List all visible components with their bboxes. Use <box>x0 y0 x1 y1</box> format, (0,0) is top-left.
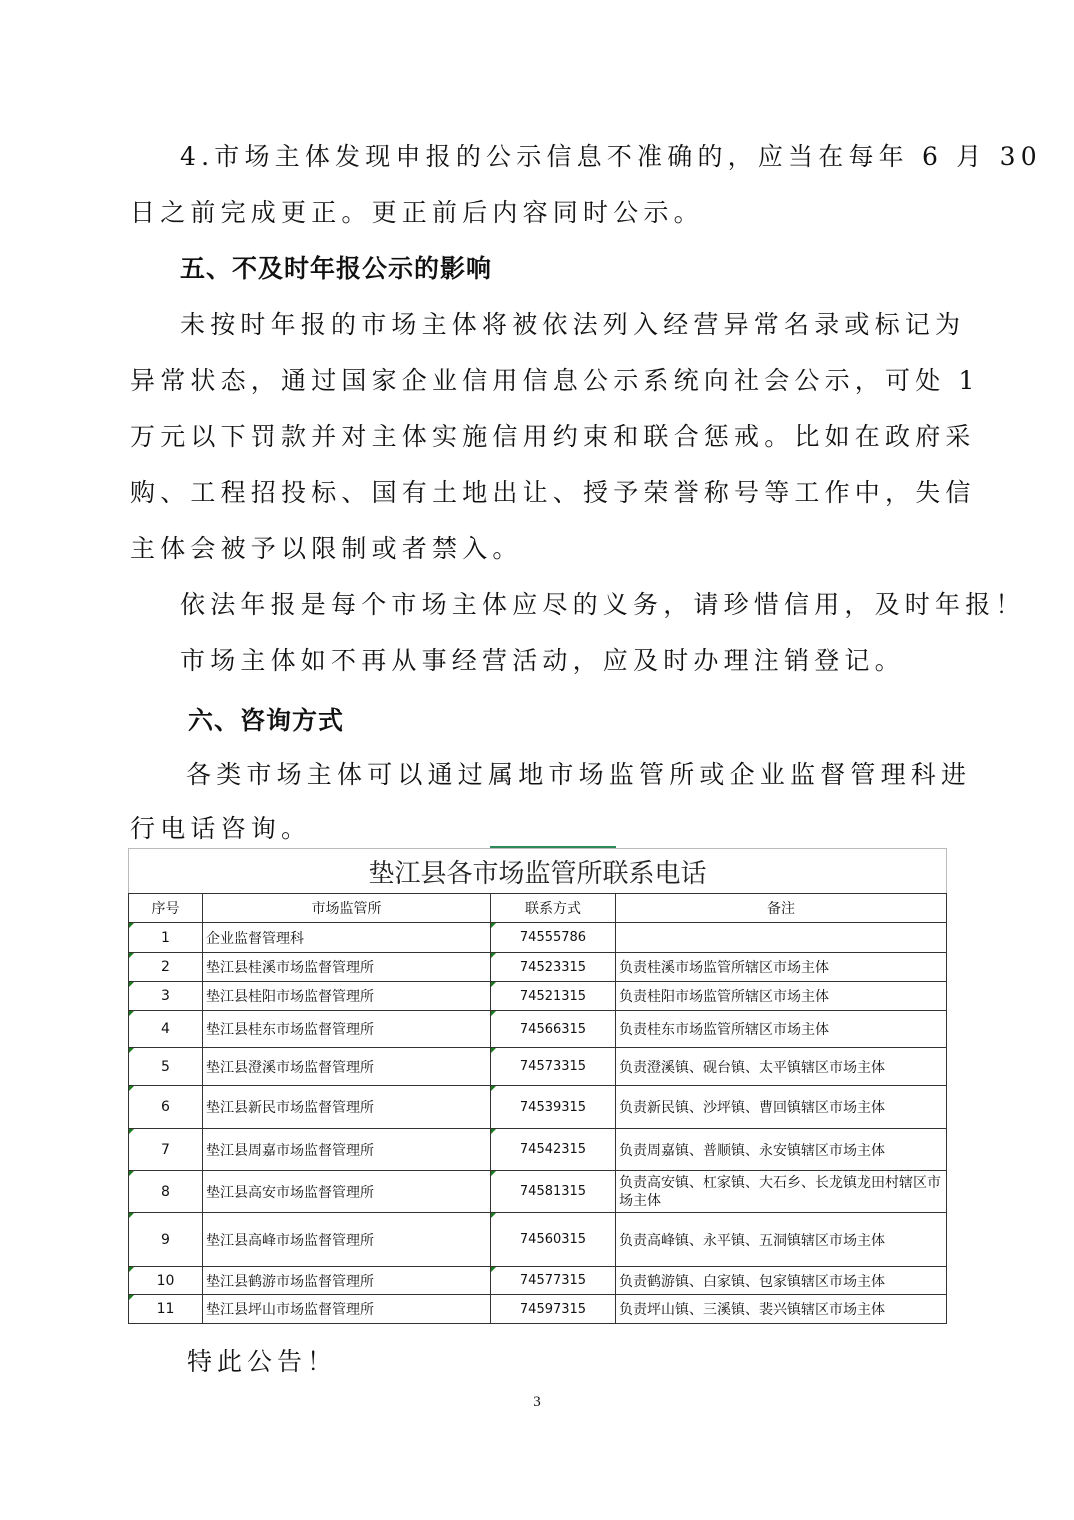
cell-office: 垫江县桂阳市场监督管理所 <box>203 982 491 1011</box>
paragraph-line: 行电话咨询。 <box>130 812 948 846</box>
paragraph-line: 主体会被予以限制或者禁入。 <box>130 532 948 566</box>
cell-note: 负责澄溪镇、砚台镇、太平镇辖区市场主体 <box>616 1048 947 1086</box>
header-cell-phone: 联系方式 <box>491 894 616 923</box>
cell-no: 7 <box>129 1129 203 1171</box>
cell-no: 11 <box>129 1295 203 1324</box>
cell-office: 垫江县桂东市场监督管理所 <box>203 1011 491 1048</box>
cell-note: 负责新民镇、沙坪镇、曹回镇辖区市场主体 <box>616 1086 947 1129</box>
paragraph-line: 日之前完成更正。更正前后内容同时公示。 <box>130 196 948 230</box>
table-row: 7 垫江县周嘉市场监督管理所 74542315 负责周嘉镇、普顺镇、永安镇辖区市… <box>129 1129 947 1171</box>
table-row: 8 垫江县高安市场监督管理所 74581315 负责高安镇、杠家镇、大石乡、长龙… <box>129 1171 947 1213</box>
cell-phone: 74597315 <box>491 1295 616 1324</box>
table-row: 3 垫江县桂阳市场监督管理所 74521315 负责桂阳市场监管所辖区市场主体 <box>129 982 947 1011</box>
cell-office: 垫江县周嘉市场监督管理所 <box>203 1129 491 1171</box>
cell-office: 企业监督管理科 <box>203 923 491 953</box>
section-heading-5: 五、不及时年报公示的影响 <box>180 252 492 286</box>
paragraph-line: 异常状态，通过国家企业信用信息公示系统向社会公示，可处 1 <box>130 364 948 398</box>
cell-note: 负责周嘉镇、普顺镇、永安镇辖区市场主体 <box>616 1129 947 1171</box>
cell-phone: 74542315 <box>491 1129 616 1171</box>
table-row: 4 垫江县桂东市场监督管理所 74566315 负责桂东市场监管所辖区市场主体 <box>129 1011 947 1048</box>
contacts-table: 垫江县各市场监管所联系电话 序号 市场监管所 联系方式 备注 1 企业监督管理科… <box>128 848 947 1324</box>
cell-no: 10 <box>129 1267 203 1295</box>
cell-office: 垫江县桂溪市场监督管理所 <box>203 953 491 982</box>
cell-note <box>616 923 947 953</box>
cell-phone: 74523315 <box>491 953 616 982</box>
cell-office: 垫江县高安市场监督管理所 <box>203 1171 491 1213</box>
cell-office: 垫江县坪山市场监督管理所 <box>203 1295 491 1324</box>
header-cell-no: 序号 <box>129 894 203 923</box>
cell-no: 8 <box>129 1171 203 1213</box>
cell-phone: 74555786 <box>491 923 616 953</box>
cell-note: 负责鹤游镇、白家镇、包家镇辖区市场主体 <box>616 1267 947 1295</box>
table-row: 1 企业监督管理科 74555786 <box>129 923 947 953</box>
table-row: 9 垫江县高峰市场监督管理所 74560315 负责高峰镇、永平镇、五洞镇辖区市… <box>129 1213 947 1267</box>
cell-phone: 74560315 <box>491 1213 616 1267</box>
cell-note: 负责高峰镇、永平镇、五洞镇辖区市场主体 <box>616 1213 947 1267</box>
paragraph-line: 购、工程招投标、国有土地出让、授予荣誉称号等工作中，失信 <box>130 476 948 510</box>
cell-no: 6 <box>129 1086 203 1129</box>
cell-phone: 74566315 <box>491 1011 616 1048</box>
section-heading-6: 六、咨询方式 <box>188 704 344 738</box>
page-number: 3 <box>0 1394 1074 1411</box>
cell-office: 垫江县鹤游市场监督管理所 <box>203 1267 491 1295</box>
paragraph-line: 各类市场主体可以通过属地市场监管所或企业监督管理科进 <box>186 758 1004 792</box>
paragraph-line: 万元以下罚款并对主体实施信用约束和联合惩戒。比如在政府采 <box>130 420 948 454</box>
table-row: 5 垫江县澄溪市场监督管理所 74573315 负责澄溪镇、砚台镇、太平镇辖区市… <box>129 1048 947 1086</box>
paragraph-line: 未按时年报的市场主体将被依法列入经营异常名录或标记为 <box>180 308 998 342</box>
cell-office: 垫江县澄溪市场监督管理所 <box>203 1048 491 1086</box>
table-row: 2 垫江县桂溪市场监督管理所 74523315 负责桂溪市场监管所辖区市场主体 <box>129 953 947 982</box>
table-row: 6 垫江县新民市场监督管理所 74539315 负责新民镇、沙坪镇、曹回镇辖区市… <box>129 1086 947 1129</box>
cell-phone: 74539315 <box>491 1086 616 1129</box>
table-title: 垫江县各市场监管所联系电话 <box>129 849 947 894</box>
cell-note: 负责高安镇、杠家镇、大石乡、长龙镇龙田村辖区市场主体 <box>616 1171 947 1213</box>
cell-phone: 74573315 <box>491 1048 616 1086</box>
cell-phone: 74577315 <box>491 1267 616 1295</box>
cell-no: 5 <box>129 1048 203 1086</box>
cell-note: 负责桂溪市场监管所辖区市场主体 <box>616 953 947 982</box>
cell-note: 负责桂东市场监管所辖区市场主体 <box>616 1011 947 1048</box>
header-cell-office: 市场监管所 <box>203 894 491 923</box>
cell-no: 2 <box>129 953 203 982</box>
paragraph-line: 市场主体如不再从事经营活动，应及时办理注销登记。 <box>180 644 998 678</box>
table-row: 10 垫江县鹤游市场监督管理所 74577315 负责鹤游镇、白家镇、包家镇辖区… <box>129 1267 947 1295</box>
cell-no: 3 <box>129 982 203 1011</box>
cell-note: 负责坪山镇、三溪镇、裴兴镇辖区市场主体 <box>616 1295 947 1324</box>
paragraph-line: 依法年报是每个市场主体应尽的义务，请珍惜信用，及时年报！ <box>180 588 998 622</box>
table-header-row: 序号 市场监管所 联系方式 备注 <box>129 894 947 923</box>
closing-statement: 特此公告！ <box>187 1342 337 1378</box>
cell-office: 垫江县高峰市场监督管理所 <box>203 1213 491 1267</box>
table-row: 11 垫江县坪山市场监督管理所 74597315 负责坪山镇、三溪镇、裴兴镇辖区… <box>129 1295 947 1324</box>
cell-no: 1 <box>129 923 203 953</box>
header-cell-note: 备注 <box>616 894 947 923</box>
cell-phone: 74581315 <box>491 1171 616 1213</box>
cell-note: 负责桂阳市场监管所辖区市场主体 <box>616 982 947 1011</box>
cell-no: 4 <box>129 1011 203 1048</box>
paragraph-line: 4.市场主体发现申报的公示信息不准确的，应当在每年 6 月 30 <box>180 140 998 174</box>
cell-office: 垫江县新民市场监督管理所 <box>203 1086 491 1129</box>
cell-phone: 74521315 <box>491 982 616 1011</box>
cell-no: 9 <box>129 1213 203 1267</box>
